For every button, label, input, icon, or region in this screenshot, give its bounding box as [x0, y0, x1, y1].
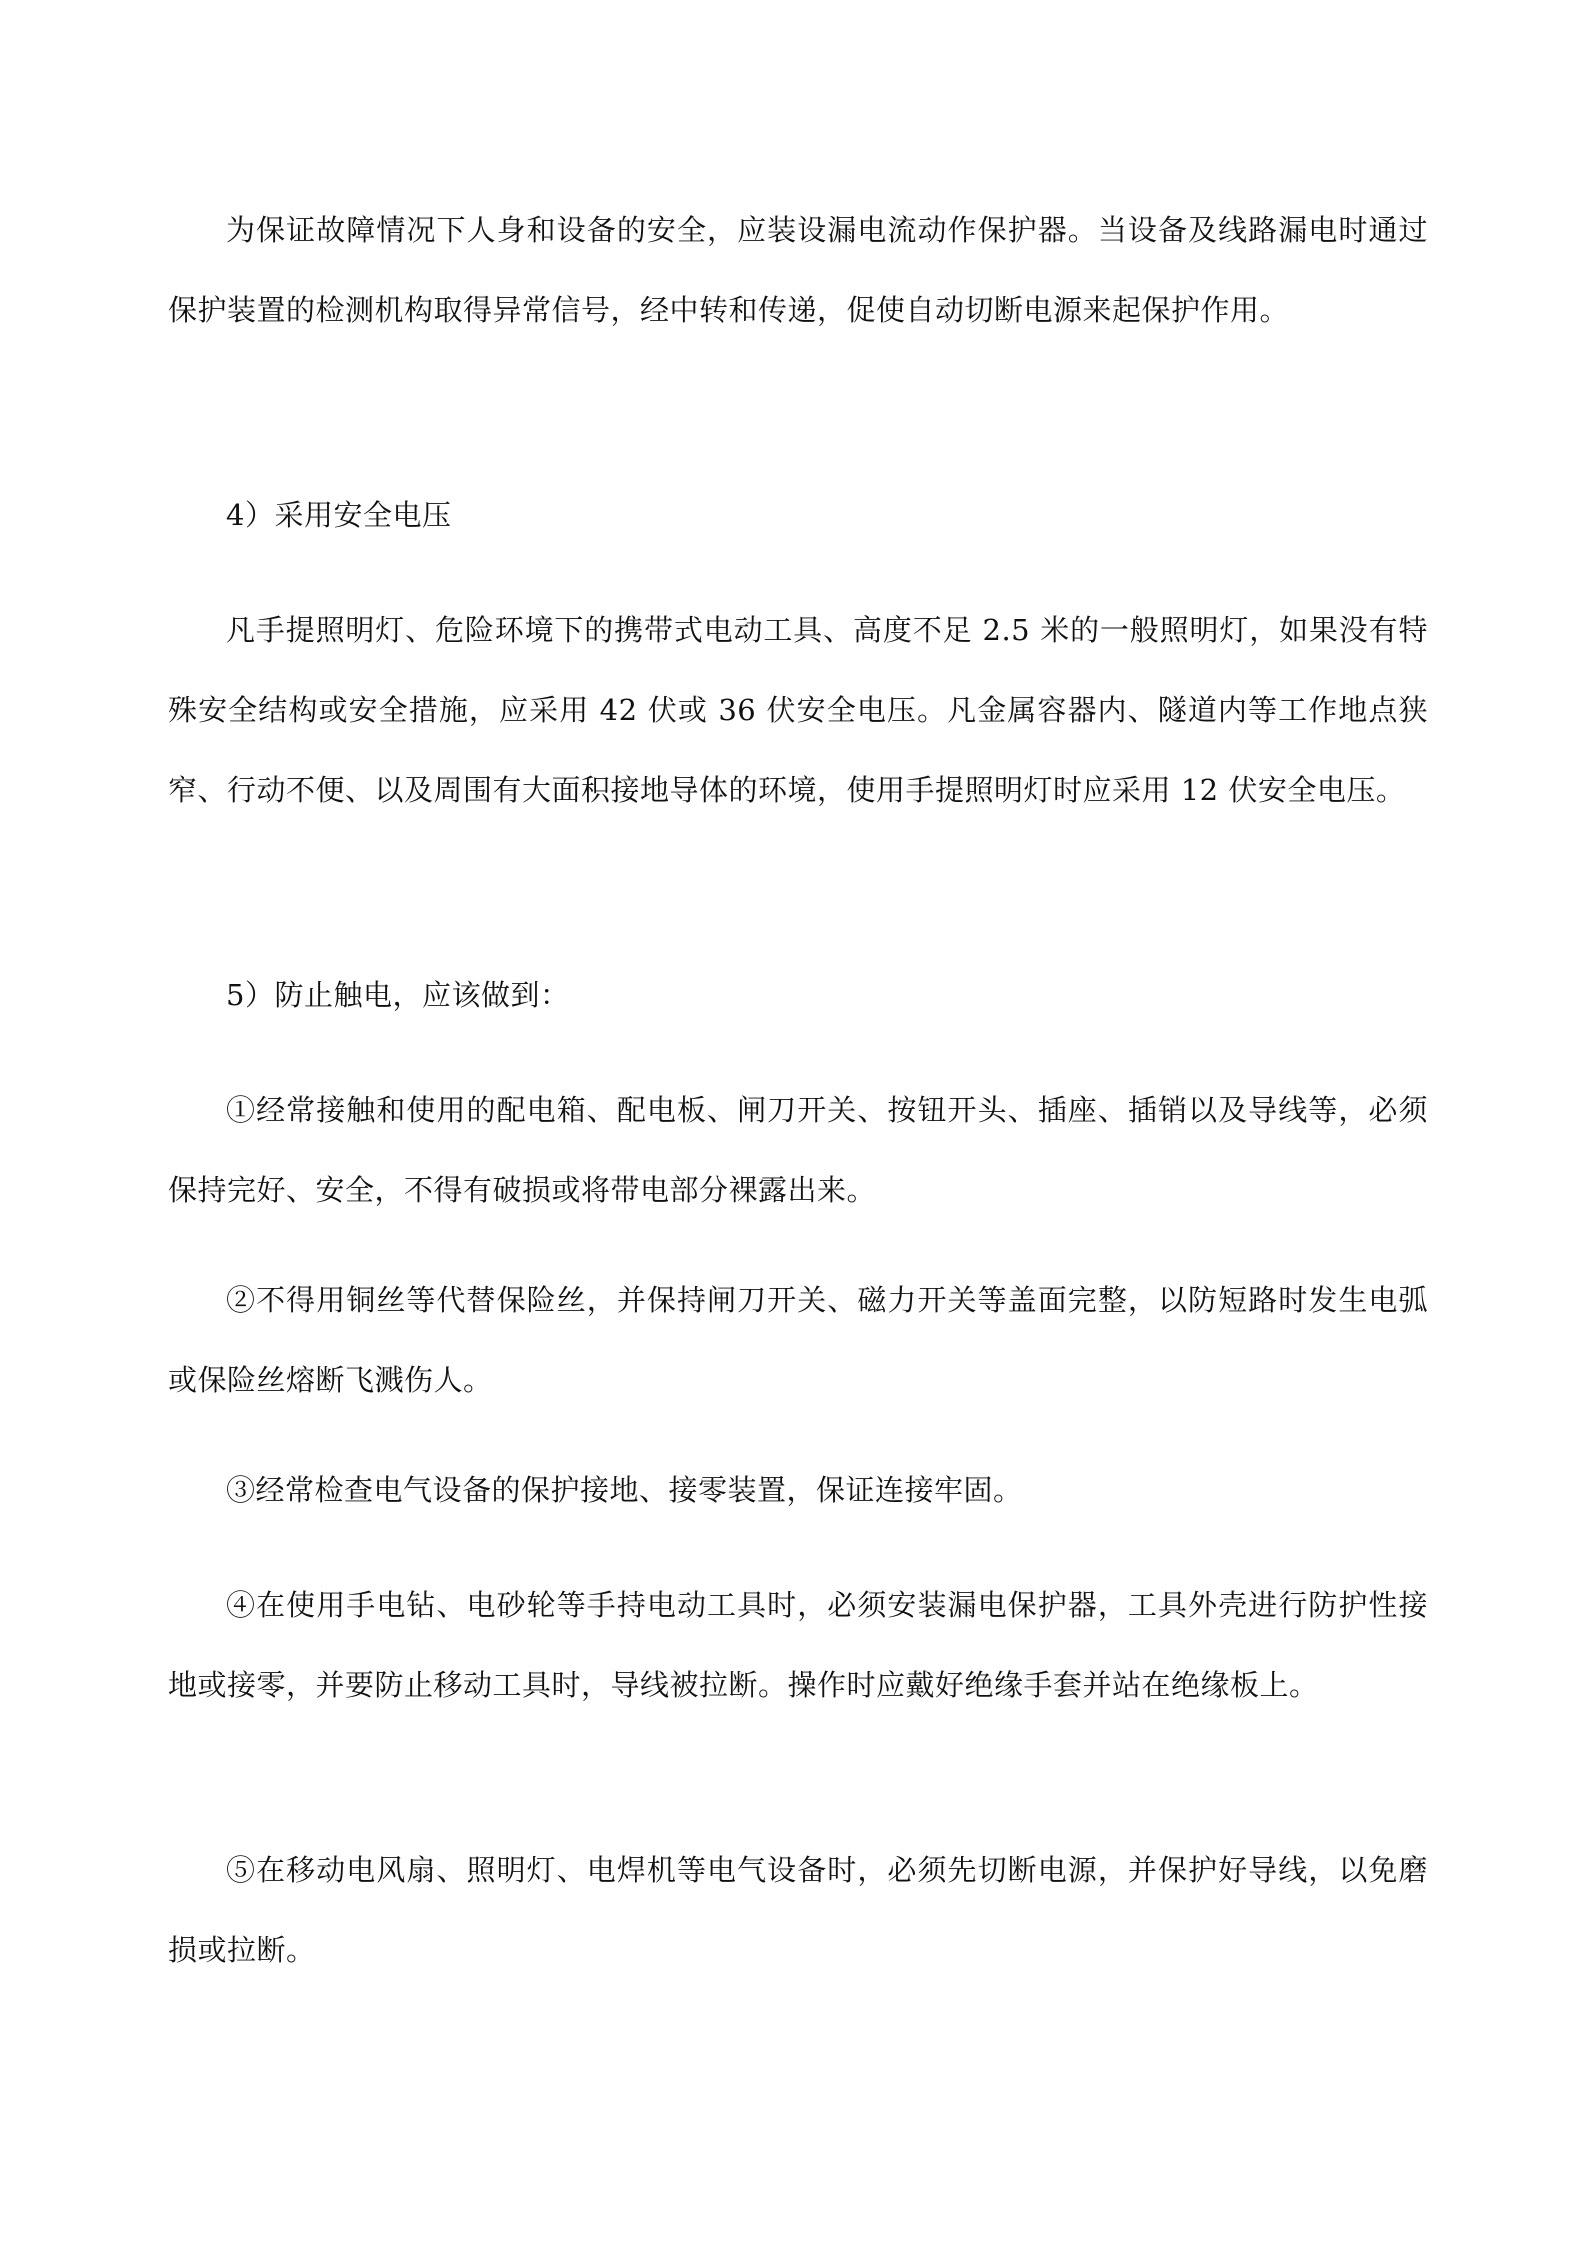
list-item-2: ②不得用铜丝等代替保险丝，并保持闸刀开关、磁力开关等盖面完整，以防短路时发生电弧… — [168, 1260, 1428, 1420]
list-item-5: ⑤在移动电风扇、照明灯、电焊机等电气设备时，必须先切断电源，并保护好导线，以免磨… — [168, 1830, 1428, 1990]
list-item-4: ④在使用手电钻、电砂轮等手持电动工具时，必须安装漏电保护器，工具外壳进行防护性接… — [168, 1565, 1428, 1725]
section-heading-safety-voltage: 4）采用安全电压 — [168, 475, 1428, 555]
list-item-1: ①经常接触和使用的配电箱、配电板、闸刀开关、按钮开头、插座、插销以及导线等，必须… — [168, 1070, 1428, 1230]
section-heading-prevent-shock: 5）防止触电，应该做到： — [168, 955, 1428, 1035]
document-page: 为保证故障情况下人身和设备的安全，应装设漏电流动作保护器。当设备及线路漏电时通过… — [0, 0, 1587, 2245]
paragraph-leakage-protector: 为保证故障情况下人身和设备的安全，应装设漏电流动作保护器。当设备及线路漏电时通过… — [168, 190, 1428, 350]
paragraph-safety-voltage: 凡手提照明灯、危险环境下的携带式电动工具、高度不足 2.5 米的一般照明灯，如果… — [168, 590, 1428, 830]
list-item-3: ③经常检查电气设备的保护接地、接零装置，保证连接牢固。 — [168, 1450, 1428, 1530]
